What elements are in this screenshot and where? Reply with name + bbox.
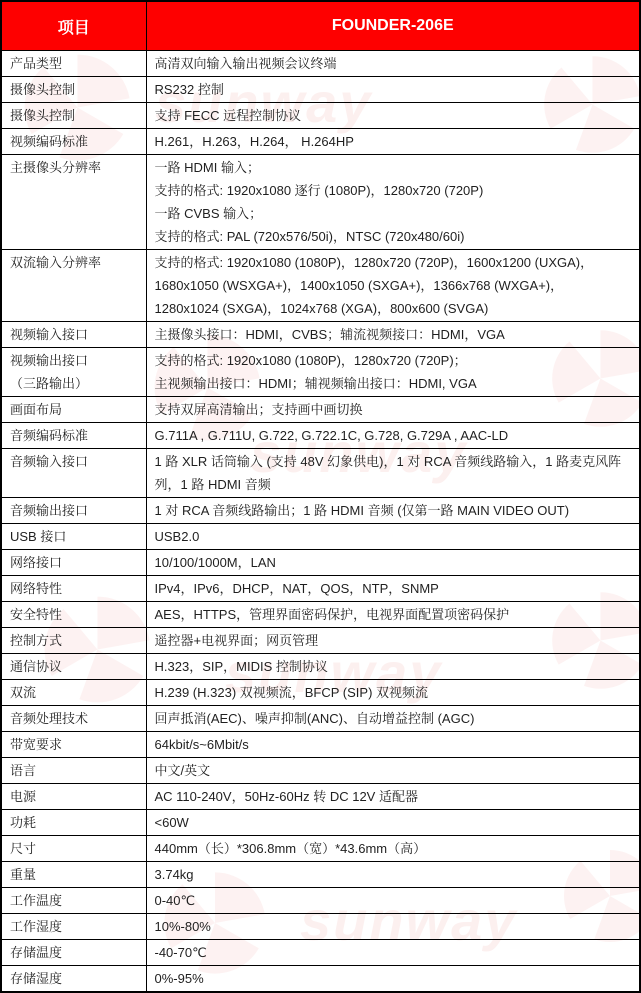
table-row: 工作温度0-40℃ bbox=[1, 888, 640, 914]
table-row: 音频输出接口1 对 RCA 音频线路输出；1 路 HDMI 音频 (仅第一路 M… bbox=[1, 498, 640, 524]
table-row: 视频输入接口主摄像头接口：HDMI，CVBS；辅流视频接口：HDMI，VGA bbox=[1, 322, 640, 348]
row-value: H.261，H.263，H.264， H.264HP bbox=[146, 129, 640, 155]
row-value: 64kbit/s~6Mbit/s bbox=[146, 732, 640, 758]
row-label: 安全特性 bbox=[1, 602, 146, 628]
spec-table: 项目 FOUNDER-206E 产品类型高清双向输入输出视频会议终端 摄像头控制… bbox=[0, 0, 641, 993]
row-value: 高清双向输入输出视频会议终端 bbox=[146, 51, 640, 77]
row-label: 存储湿度 bbox=[1, 966, 146, 993]
row-label: 电源 bbox=[1, 784, 146, 810]
header-product-cell: FOUNDER-206E bbox=[146, 1, 640, 51]
table-row: 产品类型高清双向输入输出视频会议终端 bbox=[1, 51, 640, 77]
table-row: 控制方式遥控器+电视界面；网页管理 bbox=[1, 628, 640, 654]
table-row: 电源AC 110-240V，50Hz-60Hz 转 DC 12V 适配器 bbox=[1, 784, 640, 810]
row-label: 音频编码标准 bbox=[1, 423, 146, 449]
table-row: 网络特性IPv4，IPv6，DHCP，NAT，QOS，NTP，SNMP bbox=[1, 576, 640, 602]
spec-sheet-page: sunway sunway sunway sunway 项目 FOUNDER-2… bbox=[0, 0, 641, 993]
table-row: 画面布局支持双屏高清输出；支持画中画切换 bbox=[1, 397, 640, 423]
row-value: -40-70℃ bbox=[146, 940, 640, 966]
row-label: 尺寸 bbox=[1, 836, 146, 862]
row-label: 音频输出接口 bbox=[1, 498, 146, 524]
row-label: 主摄像头分辨率 bbox=[1, 155, 146, 250]
row-label: 视频编码标准 bbox=[1, 129, 146, 155]
row-value: G.711A , G.711U, G.722, G.722.1C, G.728,… bbox=[146, 423, 640, 449]
row-label: 工作湿度 bbox=[1, 914, 146, 940]
row-label: 带宽要求 bbox=[1, 732, 146, 758]
row-label: 重量 bbox=[1, 862, 146, 888]
row-label: 网络接口 bbox=[1, 550, 146, 576]
table-row: 通信协议H.323，SIP，MIDIS 控制协议 bbox=[1, 654, 640, 680]
row-value: 中文/英文 bbox=[146, 758, 640, 784]
table-row: 音频输入接口1 路 XLR 话筒输入 (支持 48V 幻象供电)，1 对 RCA… bbox=[1, 449, 640, 498]
table-row: 摄像头控制支持 FECC 远程控制协议 bbox=[1, 103, 640, 129]
table-row: 主摄像头分辨率一路 HDMI 输入； 支持的格式: 1920x1080 逐行 (… bbox=[1, 155, 640, 250]
row-label: USB 接口 bbox=[1, 524, 146, 550]
row-label: 画面布局 bbox=[1, 397, 146, 423]
table-row: 工作湿度10%-80% bbox=[1, 914, 640, 940]
row-label: 视频输入接口 bbox=[1, 322, 146, 348]
row-value: <60W bbox=[146, 810, 640, 836]
row-label: 摄像头控制 bbox=[1, 77, 146, 103]
table-row: 视频输出接口 （三路输出）支持的格式: 1920x1080 (1080P)，12… bbox=[1, 348, 640, 397]
row-value: IPv4，IPv6，DHCP，NAT，QOS，NTP，SNMP bbox=[146, 576, 640, 602]
row-label: 视频输出接口 （三路输出） bbox=[1, 348, 146, 397]
row-value: 支持 FECC 远程控制协议 bbox=[146, 103, 640, 129]
row-label: 音频输入接口 bbox=[1, 449, 146, 498]
table-row: 语言中文/英文 bbox=[1, 758, 640, 784]
table-row: 存储温度-40-70℃ bbox=[1, 940, 640, 966]
row-value: H.239 (H.323) 双视频流，BFCP (SIP) 双视频流 bbox=[146, 680, 640, 706]
row-value: 支持的格式: 1920x1080 (1080P)，1280x720 (720P)… bbox=[146, 250, 640, 322]
row-value: USB2.0 bbox=[146, 524, 640, 550]
row-value: 主摄像头接口：HDMI，CVBS；辅流视频接口：HDMI，VGA bbox=[146, 322, 640, 348]
row-value: 支持双屏高清输出；支持画中画切换 bbox=[146, 397, 640, 423]
row-label: 语言 bbox=[1, 758, 146, 784]
row-value: 0%-95% bbox=[146, 966, 640, 993]
row-value: RS232 控制 bbox=[146, 77, 640, 103]
row-value: 1 路 XLR 话筒输入 (支持 48V 幻象供电)，1 对 RCA 音频线路输… bbox=[146, 449, 640, 498]
row-label: 网络特性 bbox=[1, 576, 146, 602]
row-value: 遥控器+电视界面；网页管理 bbox=[146, 628, 640, 654]
row-value: 10%-80% bbox=[146, 914, 640, 940]
row-value: 0-40℃ bbox=[146, 888, 640, 914]
row-value: AC 110-240V，50Hz-60Hz 转 DC 12V 适配器 bbox=[146, 784, 640, 810]
row-value: AES，HTTPS，管理界面密码保护，电视界面配置项密码保护 bbox=[146, 602, 640, 628]
row-label: 控制方式 bbox=[1, 628, 146, 654]
row-value: 3.74kg bbox=[146, 862, 640, 888]
table-row: 双流输入分辨率支持的格式: 1920x1080 (1080P)，1280x720… bbox=[1, 250, 640, 322]
row-value: 回声抵消(AEC)、噪声抑制(ANC)、自动增益控制 (AGC) bbox=[146, 706, 640, 732]
table-row: 重量3.74kg bbox=[1, 862, 640, 888]
row-label: 功耗 bbox=[1, 810, 146, 836]
table-row: 尺寸440mm（长）*306.8mm（宽）*43.6mm（高） bbox=[1, 836, 640, 862]
table-row: 音频编码标准G.711A , G.711U, G.722, G.722.1C, … bbox=[1, 423, 640, 449]
header-row: 项目 FOUNDER-206E bbox=[1, 1, 640, 51]
row-label: 存储温度 bbox=[1, 940, 146, 966]
table-row: USB 接口USB2.0 bbox=[1, 524, 640, 550]
table-row: 功耗<60W bbox=[1, 810, 640, 836]
table-row: 网络接口10/100/1000M，LAN bbox=[1, 550, 640, 576]
table-row: 存储湿度0%-95% bbox=[1, 966, 640, 993]
row-label: 通信协议 bbox=[1, 654, 146, 680]
table-row: 安全特性AES，HTTPS，管理界面密码保护，电视界面配置项密码保护 bbox=[1, 602, 640, 628]
table-row: 音频处理技术回声抵消(AEC)、噪声抑制(ANC)、自动增益控制 (AGC) bbox=[1, 706, 640, 732]
row-value: H.323，SIP，MIDIS 控制协议 bbox=[146, 654, 640, 680]
row-value: 支持的格式: 1920x1080 (1080P)，1280x720 (720P)… bbox=[146, 348, 640, 397]
row-label: 双流输入分辨率 bbox=[1, 250, 146, 322]
table-row: 摄像头控制RS232 控制 bbox=[1, 77, 640, 103]
row-label: 工作温度 bbox=[1, 888, 146, 914]
row-label: 音频处理技术 bbox=[1, 706, 146, 732]
row-value: 10/100/1000M，LAN bbox=[146, 550, 640, 576]
row-label: 产品类型 bbox=[1, 51, 146, 77]
row-label: 摄像头控制 bbox=[1, 103, 146, 129]
row-value: 一路 HDMI 输入； 支持的格式: 1920x1080 逐行 (1080P)，… bbox=[146, 155, 640, 250]
row-value: 1 对 RCA 音频线路输出；1 路 HDMI 音频 (仅第一路 MAIN VI… bbox=[146, 498, 640, 524]
row-value: 440mm（长）*306.8mm（宽）*43.6mm（高） bbox=[146, 836, 640, 862]
table-row: 带宽要求64kbit/s~6Mbit/s bbox=[1, 732, 640, 758]
row-label: 双流 bbox=[1, 680, 146, 706]
table-row: 视频编码标准H.261，H.263，H.264， H.264HP bbox=[1, 129, 640, 155]
table-row: 双流H.239 (H.323) 双视频流，BFCP (SIP) 双视频流 bbox=[1, 680, 640, 706]
header-item-cell: 项目 bbox=[1, 1, 146, 51]
